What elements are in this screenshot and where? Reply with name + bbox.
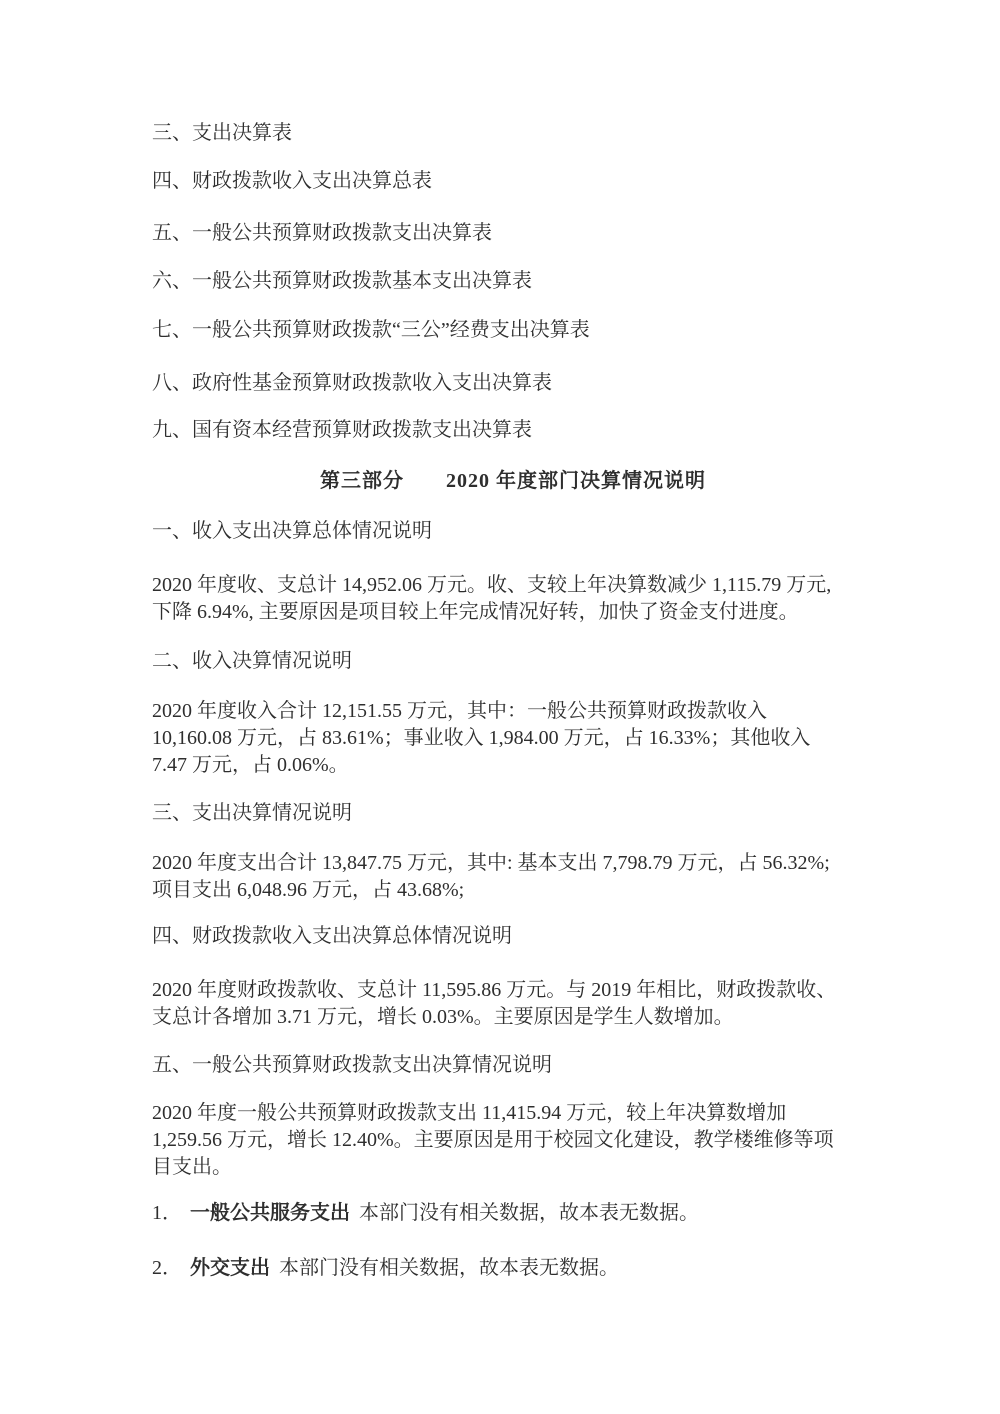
paragraph-line: 10,160.08 万元，占 83.61%；事业收入 1,984.00 万元，占…	[152, 725, 810, 752]
section-paragraph-3: 2020 年度支出合计 13,847.75 万元，其中: 基本支出 7,798.…	[152, 850, 830, 904]
paragraph-line: 目支出。	[152, 1154, 834, 1181]
toc-item-4: 四、财政拨款收入支出决算总表	[152, 168, 432, 195]
paragraph-line: 1,259.56 万元，增长 12.40%。主要原因是用于校园文化建设，教学楼维…	[152, 1127, 834, 1154]
section-paragraph-1: 2020 年度收、支总计 14,952.06 万元。收、支较上年决算数减少 1,…	[152, 572, 831, 626]
section-heading-5: 五、一般公共预算财政拨款支出决算情况说明	[152, 1052, 552, 1079]
toc-item-9: 九、国有资本经营预算财政拨款支出决算表	[152, 417, 532, 444]
section-heading-2: 二、收入决算情况说明	[152, 648, 352, 675]
paragraph-line: 7.47 万元，占 0.06%。	[152, 752, 810, 779]
section-paragraph-5: 2020 年度一般公共预算财政拨款支出 11,415.94 万元，较上年决算数增…	[152, 1100, 834, 1181]
item-number: 2．	[152, 1257, 182, 1279]
toc-item-3: 三、支出决算表	[152, 120, 292, 147]
part-heading: 第三部分 2020 年度部门决算情况说明	[320, 468, 706, 495]
paragraph-line: 2020 年度财政拨款收、支总计 11,595.86 万元。与 2019 年相比…	[152, 977, 836, 1004]
numbered-item-1: 1．一般公共服务支出本部门没有相关数据，故本表无数据。	[152, 1200, 699, 1227]
toc-item-5: 五、一般公共预算财政拨款支出决算表	[152, 220, 492, 247]
item-label: 一般公共服务支出	[190, 1202, 350, 1224]
item-number: 1．	[152, 1202, 182, 1224]
paragraph-line: 2020 年度一般公共预算财政拨款支出 11,415.94 万元，较上年决算数增…	[152, 1100, 834, 1127]
section-heading-3: 三、支出决算情况说明	[152, 800, 352, 827]
paragraph-line: 2020 年度收、支总计 14,952.06 万元。收、支较上年决算数减少 1,…	[152, 572, 831, 599]
paragraph-line: 下降 6.94%, 主要原因是项目较上年完成情况好转，加快了资金支付进度。	[152, 599, 831, 626]
paragraph-line: 支总计各增加 3.71 万元，增长 0.03%。主要原因是学生人数增加。	[152, 1004, 836, 1031]
paragraph-line: 2020 年度收入合计 12,151.55 万元，其中：一般公共预算财政拨款收入	[152, 698, 810, 725]
toc-item-7: 七、一般公共预算财政拨款“三公”经费支出决算表	[152, 317, 590, 344]
item-text: 本部门没有相关数据，故本表无数据。	[359, 1202, 699, 1224]
section-heading-4: 四、财政拨款收入支出决算总体情况说明	[152, 923, 512, 950]
paragraph-line: 2020 年度支出合计 13,847.75 万元，其中: 基本支出 7,798.…	[152, 850, 830, 877]
item-text: 本部门没有相关数据，故本表无数据。	[279, 1257, 619, 1279]
paragraph-line: 项目支出 6,048.96 万元，占 43.68%;	[152, 877, 830, 904]
section-paragraph-4: 2020 年度财政拨款收、支总计 11,595.86 万元。与 2019 年相比…	[152, 977, 836, 1031]
section-paragraph-2: 2020 年度收入合计 12,151.55 万元，其中：一般公共预算财政拨款收入…	[152, 698, 810, 779]
toc-item-6: 六、一般公共预算财政拨款基本支出决算表	[152, 268, 532, 295]
toc-item-8: 八、政府性基金预算财政拨款收入支出决算表	[152, 370, 552, 397]
section-heading-1: 一、收入支出决算总体情况说明	[152, 518, 432, 545]
document-page: 三、支出决算表 四、财政拨款收入支出决算总表 五、一般公共预算财政拨款支出决算表…	[0, 0, 1000, 1414]
numbered-item-2: 2．外交支出本部门没有相关数据，故本表无数据。	[152, 1255, 619, 1282]
item-label: 外交支出	[190, 1257, 270, 1279]
